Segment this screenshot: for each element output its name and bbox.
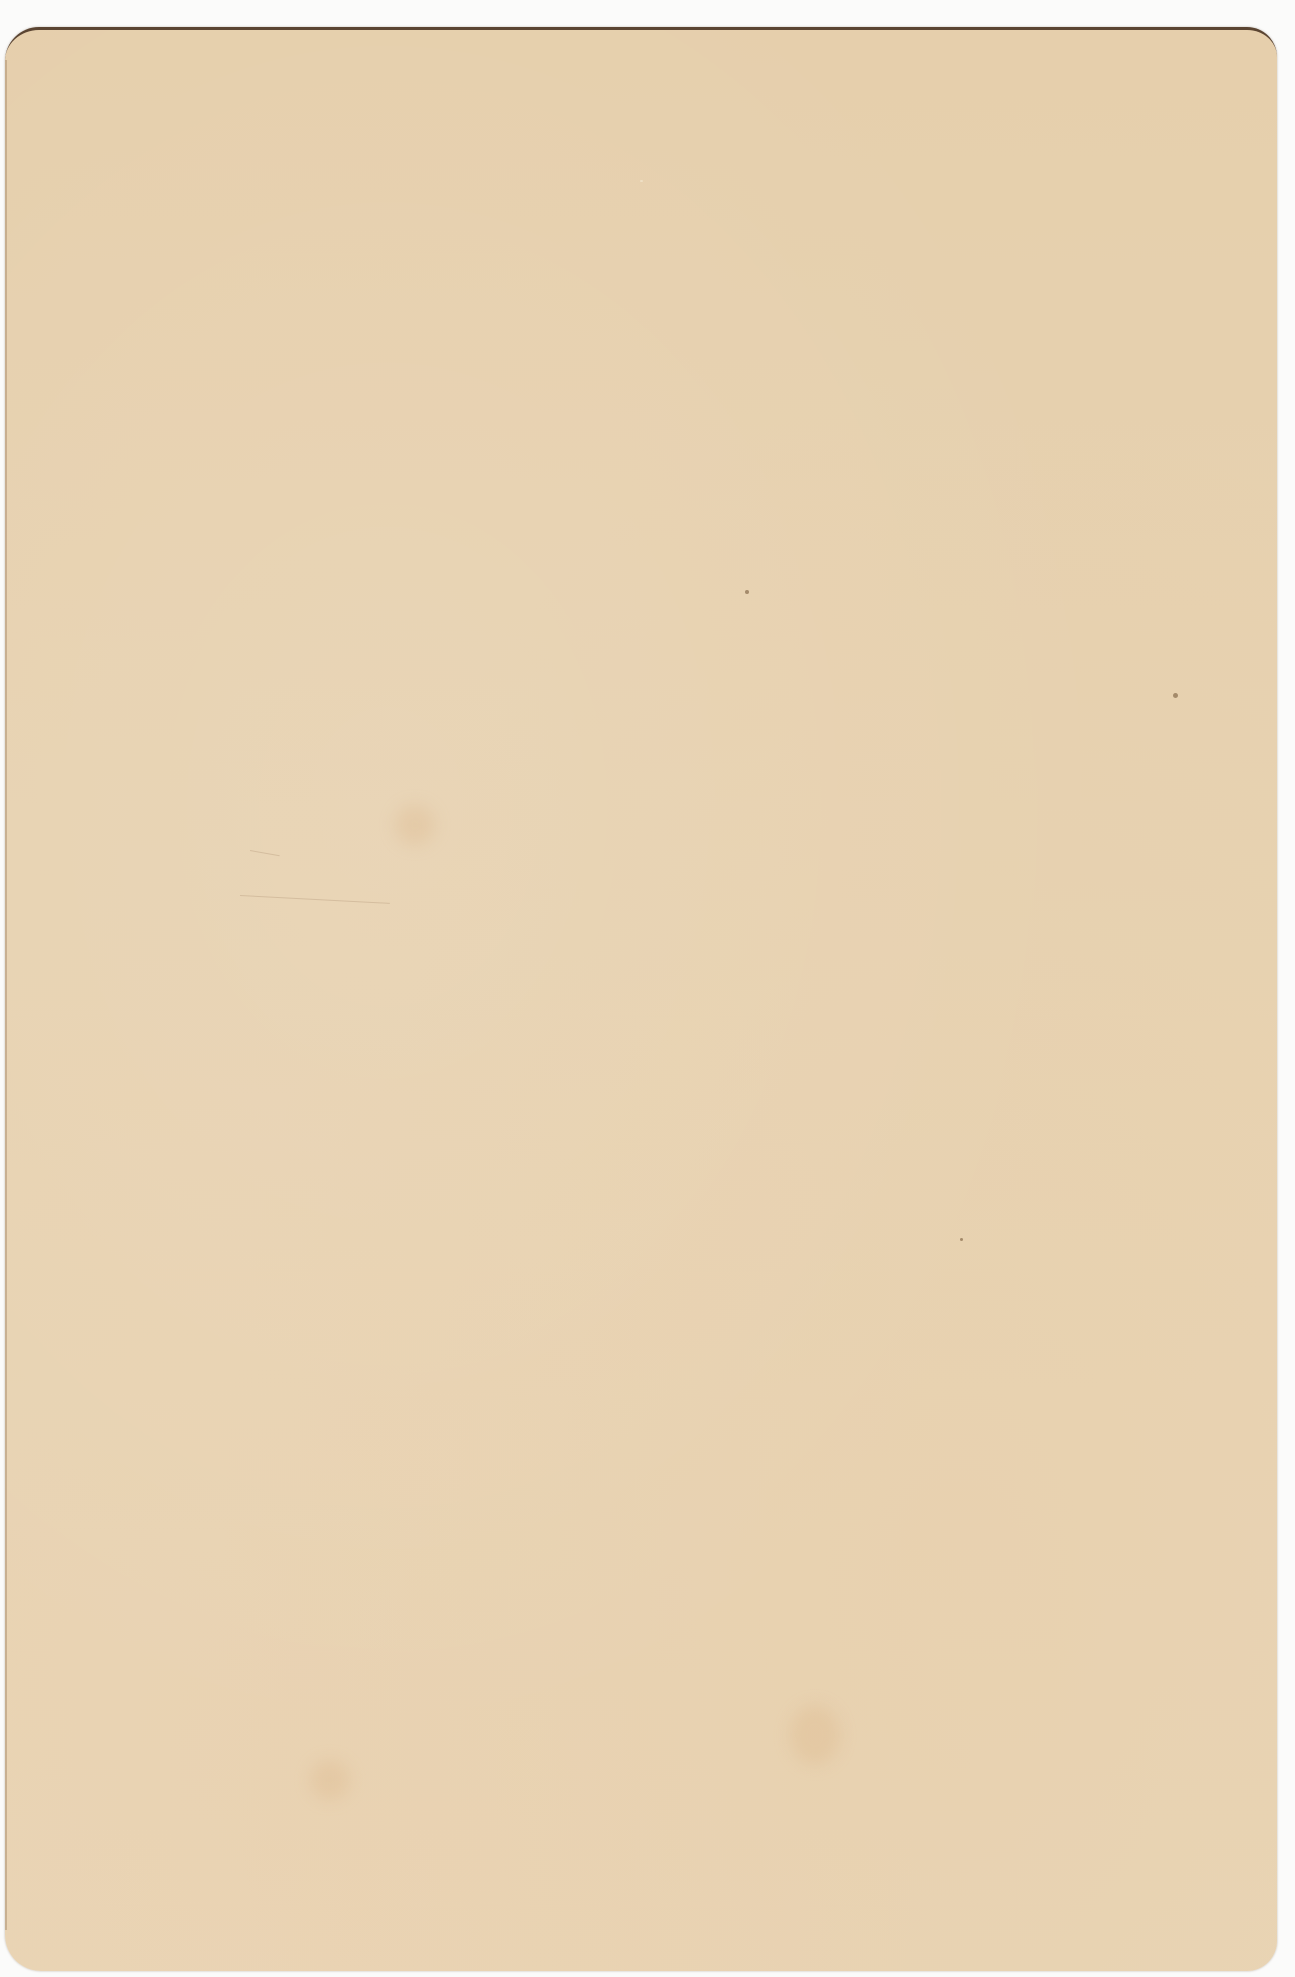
stain bbox=[310, 1760, 350, 1800]
speck bbox=[960, 1238, 963, 1241]
cabinet-card-back bbox=[5, 27, 1277, 1971]
speck bbox=[745, 590, 749, 594]
speck bbox=[640, 180, 643, 182]
speck bbox=[1173, 693, 1178, 698]
stain bbox=[395, 805, 435, 845]
stain bbox=[790, 1705, 840, 1765]
card-left-edge bbox=[5, 60, 7, 1930]
scan-background bbox=[0, 0, 1295, 1977]
